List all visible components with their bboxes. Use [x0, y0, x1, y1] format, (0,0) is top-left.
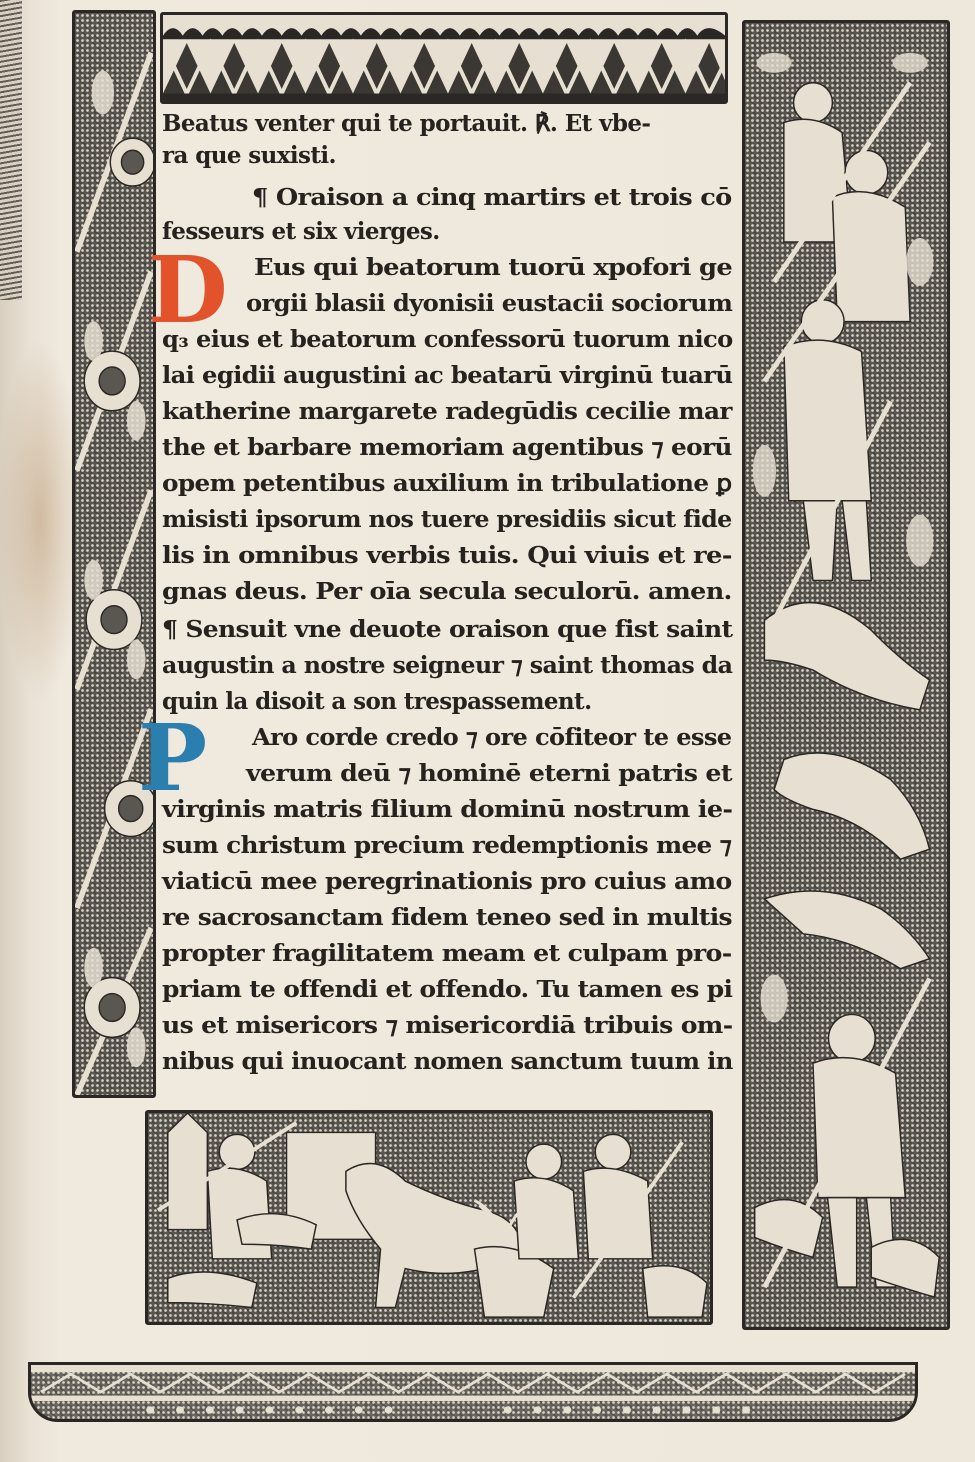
top-ornament-band — [160, 12, 728, 104]
rubric-heading: fesseurs et six vierges. — [162, 216, 440, 248]
text-line: orgii blasii dyonisii eustacii sociorum — [246, 288, 732, 320]
floral-rosette-icon — [75, 13, 153, 1095]
text-line: lis in omnibus verbis tuis. Qui viuis et… — [162, 540, 732, 572]
red-initial-d: D — [148, 244, 228, 336]
rubric-heading: augustin a nostre seigneur ⁊ saint thoma… — [162, 650, 732, 682]
text-line: verum deū ⁊ hominē eterni patris et — [246, 758, 732, 790]
rubric-heading: ¶ Oraison a cinq martirs et trois cō — [252, 182, 732, 214]
adjacent-page-edge — [0, 0, 22, 300]
text-line: opem petentibus auxilium in tribulatione… — [162, 468, 731, 500]
text-line: re sacrosanctam fidem teneo sed in multi… — [162, 902, 732, 934]
bottom-hunt-scene — [145, 1110, 713, 1325]
text-line: Aro corde credo ⁊ ore cōfiteor te esse — [252, 722, 732, 754]
text-line: priam te offendi et offendo. Tu tamen es… — [162, 974, 732, 1006]
text-line: propter fragilitatem meam et culpam pro- — [162, 938, 732, 970]
text-line: katherine margarete radegūdis cecilie ma… — [162, 396, 732, 428]
text-line: us et misericors ⁊ misericordiā tribuis … — [162, 1010, 732, 1042]
text-line: viaticū mee peregrinationis pro cuius am… — [162, 866, 732, 898]
book-page: D P Beatus venter qui te portauit. ℟. Et… — [0, 0, 975, 1462]
text-line: sum christum precium redemptionis mee ⁊ — [162, 830, 731, 862]
right-hunting-border — [742, 20, 950, 1330]
text-line: ra que suxisti. — [162, 140, 336, 172]
text-line: q₃ eius et beatorum confessorū tuorum ni… — [162, 324, 733, 356]
text-line: virginis matris filium dominū nostrum ie… — [162, 794, 732, 826]
text-line: Eus qui beatorum tuorū xpofori ge — [254, 252, 732, 284]
rubric-heading: ¶ Sensuit vne deuote oraison que fist sa… — [162, 614, 732, 646]
hunting-scene-icon — [745, 23, 947, 1327]
foliate-frieze-icon — [31, 1365, 915, 1419]
rubric-heading: quin la disoit a son trespassement. — [162, 686, 592, 718]
text-line: Beatus venter qui te portauit. ℟. Et vbe… — [162, 108, 732, 140]
zigzag-ornament-icon — [163, 15, 725, 101]
mounted-hunt-icon — [148, 1113, 710, 1322]
text-line: lai egidii augustini ac beatarū virginū … — [162, 360, 732, 392]
blue-initial-p: P — [138, 712, 207, 804]
bottom-foliate-frieze — [28, 1362, 918, 1422]
text-line: the et barbare memoriam agentibus ⁊ eorū — [162, 432, 732, 464]
left-floral-border — [72, 10, 156, 1098]
text-line: misisti ipsorum nos tuere presidiis sicu… — [162, 504, 732, 536]
text-line: gnas deus. Per oīa secula seculorū. amen… — [162, 576, 732, 608]
text-line: nibus qui inuocant nomen sanctum tuum in — [162, 1046, 733, 1078]
